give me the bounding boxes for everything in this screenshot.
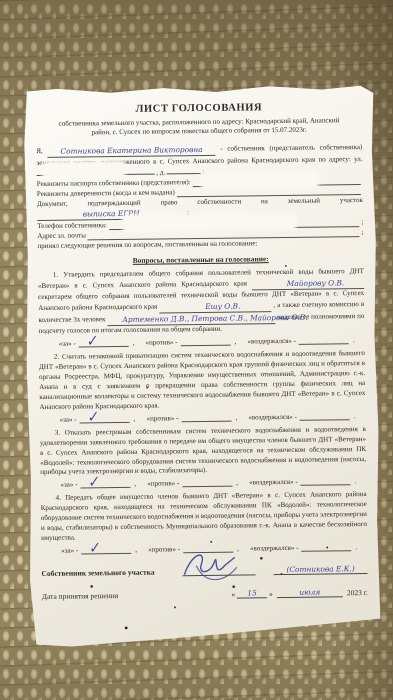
q2-protiv-blank bbox=[181, 412, 231, 422]
separator: , bbox=[135, 546, 137, 554]
house-label: , д. bbox=[156, 168, 165, 176]
separator: , bbox=[236, 479, 238, 487]
q1-protiv-blank bbox=[180, 337, 230, 347]
q3-vozd-blank bbox=[301, 477, 351, 487]
document-subtitle: собственника земельного участка, располо… bbox=[50, 116, 348, 139]
house-blank bbox=[167, 166, 201, 174]
protiv-label: «против» - bbox=[146, 338, 178, 346]
secretary-handwritten: Ешу О.В. bbox=[205, 302, 240, 311]
question-1-text: 1. Утвердить председателем общего собран… bbox=[38, 267, 365, 337]
question-2: 2. Считать незаконной приватизацию систе… bbox=[39, 349, 366, 424]
q2-za-blank: ✓ bbox=[80, 414, 130, 424]
question-4: 4. Передать общее имущество членов бывше… bbox=[41, 490, 368, 555]
q4-za-checkmark: ✓ bbox=[89, 540, 101, 556]
za-label: «за» - bbox=[60, 415, 77, 423]
owner-signature-label: Собственник земельного участка bbox=[41, 568, 154, 578]
protiv-label: «против» - bbox=[147, 414, 179, 422]
date-day-handwritten: 15 bbox=[247, 588, 257, 597]
q1-vote-row: «за» -✓, «против» -, «воздержался» -. bbox=[59, 335, 355, 348]
email-label: Адрес эл. почты bbox=[37, 231, 86, 242]
protiv-label: «против» - bbox=[147, 480, 179, 488]
question-1: 1. Утвердить председателем общего собран… bbox=[38, 267, 365, 348]
q3-za-blank: ✓ bbox=[80, 479, 130, 489]
photo-of-document: ЛИСТ ГОЛОСОВАНИЯ собственника земельного… bbox=[0, 0, 393, 700]
owner-name-blank: Сотникова Екатерина Викторовна bbox=[47, 144, 215, 158]
q2-vozd-blank bbox=[300, 411, 350, 421]
q3-za-checkmark: ✓ bbox=[88, 474, 100, 490]
commission-blank: Артеменко Д.В., Петрова С.В., Майорова О… bbox=[107, 312, 275, 326]
q1-vozd-blank bbox=[299, 335, 349, 345]
owner-name-handwritten: Сотникова Екатерина Викторовна bbox=[60, 145, 202, 156]
date-year: 2023 г. bbox=[347, 588, 368, 597]
separator: , bbox=[234, 338, 236, 346]
q3-vote-row: «за» -✓, «против» -, «воздержался» -. bbox=[60, 477, 356, 490]
separator: , bbox=[134, 415, 136, 423]
questions-heading: Вопросы, поставленные на голосование: bbox=[38, 253, 364, 266]
q3-protiv-blank bbox=[182, 478, 232, 488]
vozd-label: «воздержался» - bbox=[248, 413, 297, 422]
period: . bbox=[355, 478, 357, 486]
phone-label: Телефон собственника: bbox=[37, 220, 107, 231]
decision-date-label: Дата принятия решения bbox=[42, 591, 118, 601]
period: . bbox=[354, 412, 356, 420]
ownership-doc-label: Документ, подтверждающий право собственн… bbox=[37, 196, 363, 208]
date-day-blank: 15 bbox=[237, 587, 267, 598]
protiv-label: «против» - bbox=[148, 545, 180, 553]
date-month-handwritten: июля bbox=[299, 588, 320, 597]
q2-za-checkmark: ✓ bbox=[88, 409, 100, 425]
voting-sheet-paper: ЛИСТ ГОЛОСОВАНИЯ собственника земельного… bbox=[23, 84, 382, 648]
semicolon: ; bbox=[187, 208, 189, 216]
za-label: «за» - bbox=[60, 481, 77, 489]
separator: , bbox=[134, 480, 136, 488]
question-3: 3. Отказать реестровым собственникам сис… bbox=[40, 425, 367, 490]
quote-open: « bbox=[231, 590, 235, 599]
semicolon: ; bbox=[361, 217, 363, 227]
q4-za-blank: ✓ bbox=[81, 545, 131, 555]
decision-date-row: Дата принятия решения « 15 » июля 2023 г… bbox=[42, 586, 368, 601]
chairman-handwritten: Майорову О.В. bbox=[287, 279, 345, 289]
q2-vote-row: «за» -✓, «против» -, «воздержался» -. bbox=[60, 411, 356, 424]
quote-close: » bbox=[269, 589, 273, 598]
semicolon: ; bbox=[361, 227, 363, 237]
period: . bbox=[353, 336, 355, 344]
question-4-text: 4. Передать общее имущество членов бывше… bbox=[41, 490, 368, 544]
separator: , bbox=[235, 413, 237, 421]
q4-vozd-blank bbox=[301, 542, 351, 552]
voting-sheet-content: ЛИСТ ГОЛОСОВАНИЯ собственника земельного… bbox=[23, 84, 382, 648]
separator: , bbox=[133, 339, 135, 347]
question-2-text: 2. Считать незаконной приватизацию систе… bbox=[39, 349, 366, 413]
street-blank-redacted bbox=[37, 166, 155, 175]
question-3-text: 3. Отказать реестровым собственникам сис… bbox=[40, 425, 367, 479]
za-label: «за» - bbox=[59, 340, 76, 348]
document-title: ЛИСТ ГОЛОСОВАНИЯ bbox=[36, 101, 362, 116]
ya-label: Я, bbox=[36, 147, 43, 155]
owner-name-signed-blank: (Сотникова Е.К.) bbox=[274, 563, 368, 575]
commission-handwritten: Артеменко Д.В., Петрова С.В., Майорова О… bbox=[122, 313, 307, 324]
za-label: «за» - bbox=[61, 547, 78, 555]
vozd-label: «воздержался» - bbox=[247, 337, 296, 346]
q1-za-checkmark: ✓ bbox=[87, 333, 99, 349]
date-month-blank: июля bbox=[277, 586, 343, 598]
vozd-label: «воздержался» - bbox=[249, 478, 298, 487]
period: . bbox=[355, 543, 357, 551]
chairman-blank: Майорову О.В. bbox=[252, 277, 364, 290]
signature-blank bbox=[182, 564, 255, 576]
owner-name-signed: (Сотникова Е.К.) bbox=[286, 564, 354, 574]
signature-stroke bbox=[176, 549, 262, 584]
q1-za-blank: ✓ bbox=[79, 338, 129, 348]
owner-signature-row: Собственник земельного участка (Сотников… bbox=[41, 563, 367, 578]
